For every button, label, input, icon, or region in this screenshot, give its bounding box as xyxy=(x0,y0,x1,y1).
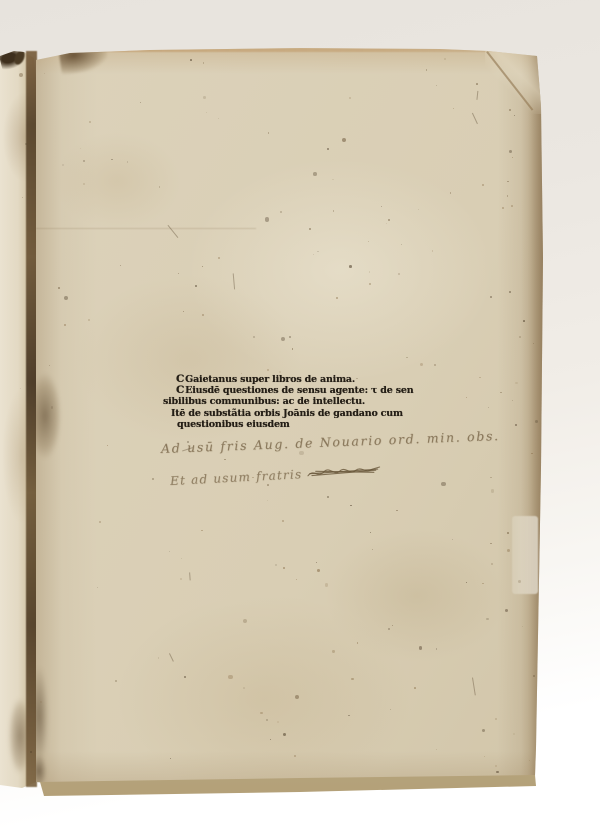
pilcrow-mark: C xyxy=(176,373,185,385)
inscription-line-1: Ad usū fris Aug. de Nouario ord. min. ob… xyxy=(161,428,500,456)
title-line: Itē de substãtia orbis Joānis de gandano… xyxy=(163,408,413,419)
crossed-out-scribble xyxy=(306,461,385,481)
gutter-crease xyxy=(26,51,37,787)
title-line-text: Gaietanus super libros de anima. xyxy=(185,374,355,385)
edge-repair-tab xyxy=(512,516,538,594)
horizontal-crease xyxy=(36,228,256,229)
printed-title-block: CGaietanus super libros de anima. CEiusd… xyxy=(163,374,413,430)
title-line-text: questionibus eiusdem xyxy=(177,419,290,430)
inscription-line-2: Et ad usum fratris xyxy=(170,461,385,488)
title-line: questionibus eiusdem xyxy=(163,419,413,430)
book-photograph: CGaietanus super libros de anima. CEiusd… xyxy=(0,0,600,839)
title-line-text: Eiusdē questiones de sensu agente: τ de … xyxy=(185,385,413,396)
title-line-text: sibilibus communibus: ac de intellectu. xyxy=(163,396,365,407)
title-line: CEiusdē questiones de sensu agente: τ de… xyxy=(163,385,413,396)
deckled-top-edge xyxy=(36,48,543,52)
title-line: CGaietanus super libros de anima. xyxy=(163,374,413,385)
flyleaf-title-page: CGaietanus super libros de anima. CEiusd… xyxy=(36,48,543,788)
inscription-line-2-text: Et ad usum fratris xyxy=(170,467,303,488)
fore-edge-shading xyxy=(521,48,543,788)
title-line: sibilibus communibus: ac de intellectu. xyxy=(163,396,413,407)
pilcrow-mark: C xyxy=(176,384,185,396)
title-line-text: Itē de substãtia orbis Joānis de gandano… xyxy=(171,408,403,419)
antique-book: CGaietanus super libros de anima. CEiusd… xyxy=(0,48,546,800)
